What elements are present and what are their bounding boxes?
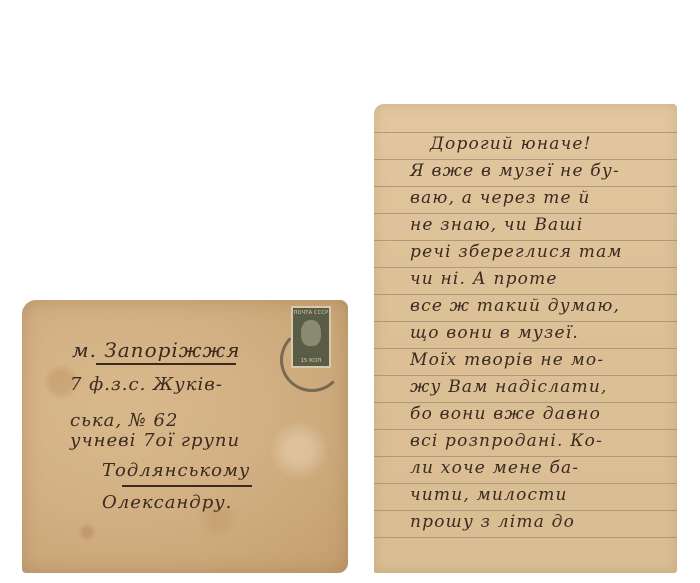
letter-line: Моїх творів не мо- xyxy=(410,350,604,370)
ruled-line xyxy=(374,510,677,511)
letter-line: Я вже в музеї не бу- xyxy=(410,161,620,181)
ruled-line xyxy=(374,483,677,484)
stamp-value: 15 КОП xyxy=(293,358,329,364)
address-line-street: 7 ф.з.с. Жуків- xyxy=(70,374,223,395)
stamp-header: ПОЧТА СССР xyxy=(293,310,329,316)
stamp-portrait-icon xyxy=(301,320,321,346)
ruled-line xyxy=(374,267,677,268)
ruled-line xyxy=(374,213,677,214)
letter-line: чи ні. А проте xyxy=(410,269,558,289)
letter-line: бо вони вже давно xyxy=(410,404,601,424)
letter-line: все ж такий думаю, xyxy=(410,296,620,316)
letter-line: ваю, а через те й xyxy=(410,188,591,208)
envelope: ПОЧТА СССР 15 КОП м. Запоріжжя 7 ф.з.с. … xyxy=(22,300,348,573)
ruled-line xyxy=(374,537,677,538)
ruled-line xyxy=(374,429,677,430)
address-line-surname: Тодлянському xyxy=(102,460,250,481)
ruled-line xyxy=(374,348,677,349)
letter-line: ли хоче мене ба- xyxy=(410,458,579,478)
surname-underline xyxy=(122,485,252,487)
ruled-line xyxy=(374,294,677,295)
ruled-line xyxy=(374,132,677,133)
address-line-name: Олександру. xyxy=(102,492,232,513)
letter-line: жу Вам надіслати, xyxy=(410,377,608,397)
ruled-line xyxy=(374,402,677,403)
postage-stamp: ПОЧТА СССР 15 КОП xyxy=(291,306,331,368)
letter-line: речі збереглися там xyxy=(410,242,623,262)
address-line-number: ська, № 62 xyxy=(70,410,178,431)
letter-line: не знаю, чи Ваші xyxy=(410,215,583,235)
letter-line: що вони в музеї. xyxy=(410,323,579,343)
ruled-line xyxy=(374,240,677,241)
ruled-line xyxy=(374,186,677,187)
letter-card: Дорогий юначе! Я вже в музеї не бу- ваю,… xyxy=(374,104,677,573)
address-line-city: м. Запоріжжя xyxy=(72,338,241,362)
letter-line: всі розпродані. Ко- xyxy=(410,431,603,451)
ruled-line xyxy=(374,375,677,376)
letter-line: чити, милости xyxy=(410,485,568,505)
address-line-group: учневі 7ої групи xyxy=(70,430,240,451)
ruled-line xyxy=(374,159,677,160)
ruled-line xyxy=(374,321,677,322)
letter-greeting: Дорогий юначе! xyxy=(430,134,592,154)
letter-line: прошу з літа до xyxy=(410,512,575,532)
ruled-line xyxy=(374,456,677,457)
address-underline xyxy=(96,363,236,365)
